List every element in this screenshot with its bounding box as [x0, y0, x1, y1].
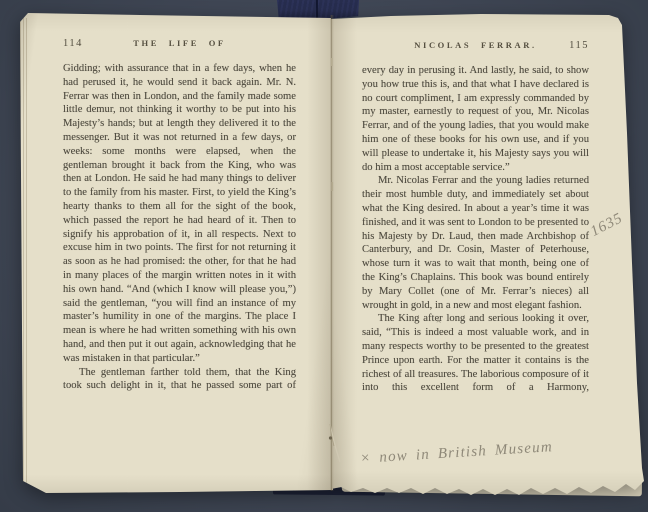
- running-header-row: 114 THE LIFE OF: [63, 38, 296, 53]
- pencil-year-annotation: 1635: [588, 210, 626, 241]
- book-scan: 114 THE LIFE OF Gidding; with assurance …: [0, 0, 648, 512]
- book-gutter: [330, 15, 334, 491]
- page-number-right: 115: [555, 40, 589, 51]
- page-right: NICOLAS FERRAR. 115 every day in perusin…: [331, 13, 648, 500]
- pencil-handwritten-note: × now in British Museum: [360, 439, 554, 468]
- running-header-row: NICOLAS FERRAR. 115: [362, 40, 589, 55]
- running-header-left: THE LIFE OF: [97, 38, 262, 48]
- body-paragraph: Mr. Nicolas Ferrar and the young ladies …: [362, 174, 589, 312]
- open-book: 114 THE LIFE OF Gidding; with assurance …: [0, 0, 648, 512]
- body-paragraph: every day in perusing it. And lastly, he…: [362, 64, 589, 174]
- page-left: 114 THE LIFE OF Gidding; with assurance …: [20, 12, 333, 494]
- body-paragraph: The King after long and serious looking …: [362, 312, 589, 395]
- page-number-left: 114: [63, 38, 97, 49]
- page-body: Gidding; with assurance that in a few da…: [63, 62, 296, 393]
- body-paragraph: The gentleman farther told them, that th…: [63, 366, 296, 394]
- page-body: every day in perusing it. And lastly, he…: [362, 64, 589, 395]
- page-stack-edge: [20, 18, 29, 488]
- body-paragraph: Gidding; with assurance that in a few da…: [63, 62, 296, 366]
- running-header-right: NICOLAS FERRAR.: [396, 40, 555, 50]
